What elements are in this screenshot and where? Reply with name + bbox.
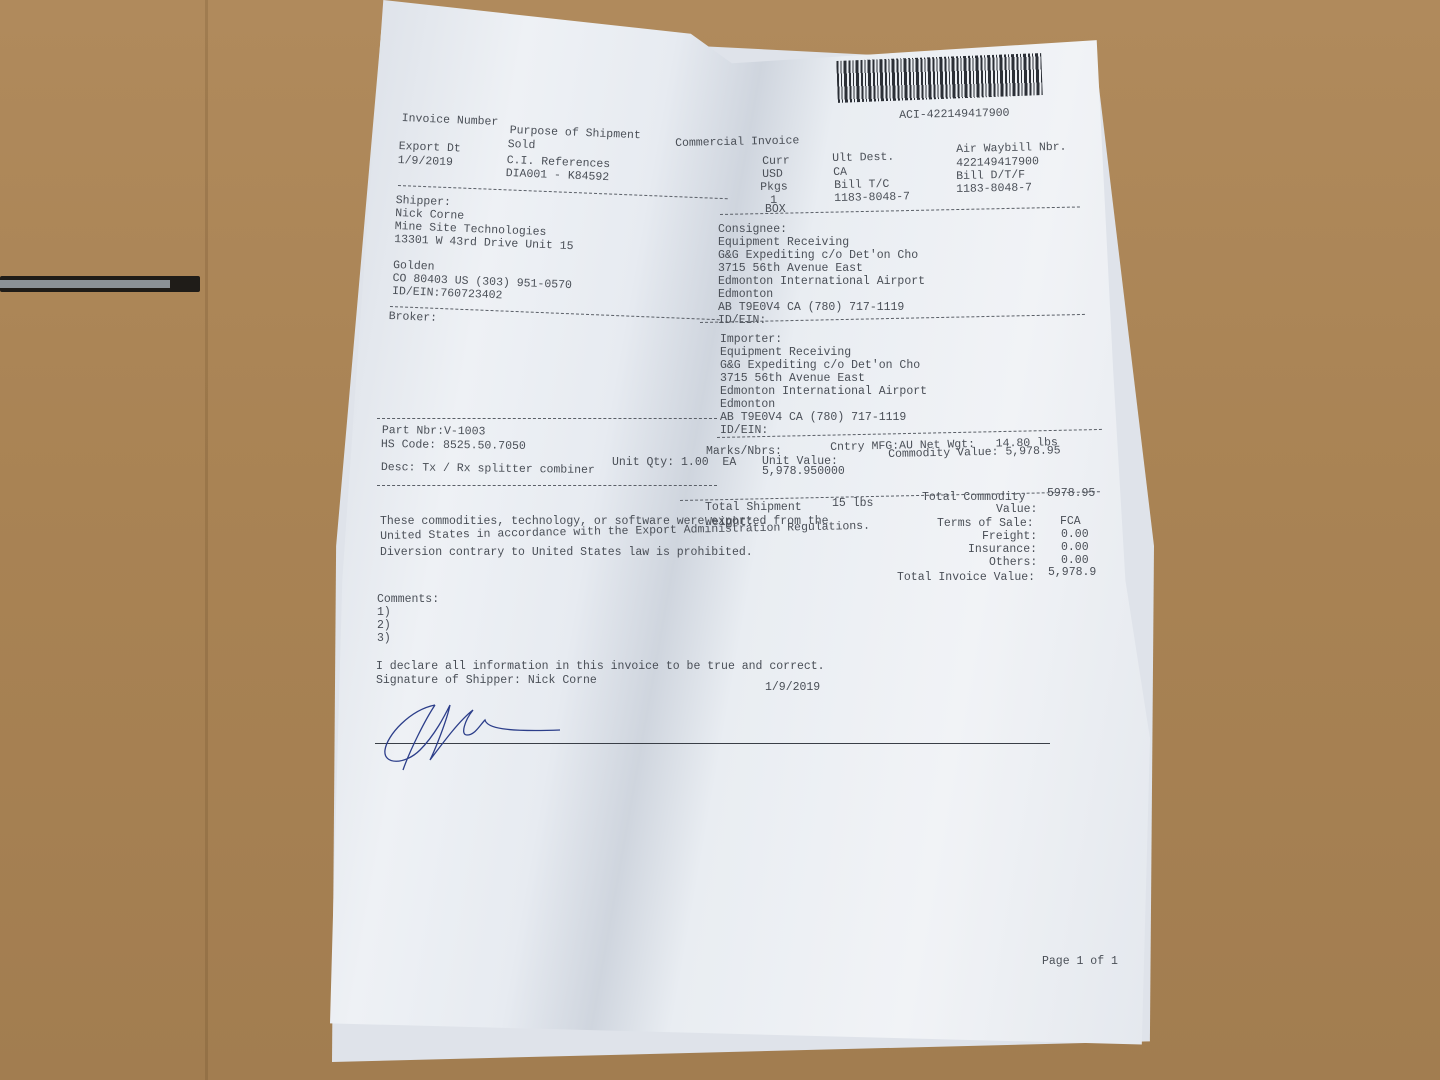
export-statement-line: Diversion contrary to United States law … xyxy=(380,546,753,559)
freight-value: 0.00 xyxy=(1061,528,1089,541)
consignee-line: G&G Expediting c/o Det'on Cho xyxy=(718,249,925,262)
export-dt-value: 1/9/2019 xyxy=(397,154,453,169)
ult-dest-label: Ult Dest. xyxy=(832,151,894,165)
total-shipment-label: Total Shipment xyxy=(705,501,802,514)
divider xyxy=(390,306,720,320)
pkgs-label: Pkgs xyxy=(760,180,788,194)
terms-of-sale-value: FCA xyxy=(1060,515,1081,528)
consignee-line: Edmonton xyxy=(718,288,925,301)
curr-label: Curr xyxy=(762,154,790,168)
curr-value: USD xyxy=(762,168,783,181)
unit-value: 5,978.950000 xyxy=(762,465,845,478)
export-dt-label: Export Dt xyxy=(398,140,461,155)
consignee-line: Edmonton International Airport xyxy=(718,275,925,288)
barcode-id: ACI-422149417900 xyxy=(899,107,1010,122)
comment-item: 3) xyxy=(377,632,391,645)
handwritten-signature xyxy=(375,680,575,780)
invoice-number-label: Invoice Number xyxy=(401,112,498,129)
commercial-invoice: Invoice Number Purpose of Shipment Sold … xyxy=(0,0,1440,1080)
purpose-value: Sold xyxy=(507,138,535,152)
pkgs-unit: BOX xyxy=(765,203,786,216)
divider xyxy=(680,491,1100,501)
document-type-title: Commercial Invoice xyxy=(675,134,799,150)
consignee-line: 3715 56th Avenue East xyxy=(718,262,925,275)
total-commodity-value: 5978.95 xyxy=(1047,487,1095,500)
bill-dtf-value: 1183-8048-7 xyxy=(956,181,1032,196)
shipper-block: Shipper: Nick Corne Mine Site Technologi… xyxy=(392,194,575,305)
consignee-block: Consignee: Equipment Receiving G&G Exped… xyxy=(718,223,925,327)
bill-tc-value: 1183-8048-7 xyxy=(834,190,910,205)
comment-item: 2) xyxy=(377,619,391,632)
description: Desc: Tx / Rx splitter combiner xyxy=(381,461,595,477)
broker-label: Broker: xyxy=(388,310,437,325)
bill-tc-label: Bill T/C xyxy=(834,178,889,192)
importer-line: AB T9E0V4 CA (780) 717-1119 xyxy=(720,411,927,424)
importer-block: Importer: Equipment Receiving G&G Expedi… xyxy=(720,333,927,437)
consignee-line: Equipment Receiving xyxy=(718,236,925,249)
importer-label: Importer: xyxy=(720,333,927,346)
importer-line: G&G Expediting c/o Det'on Cho xyxy=(720,359,927,372)
importer-line: Edmonton xyxy=(720,398,927,411)
consignee-label: Consignee: xyxy=(718,223,925,236)
importer-line: 3715 56th Avenue East xyxy=(720,372,927,385)
air-waybill-label: Air Waybill Nbr. xyxy=(956,141,1067,156)
insurance-label: Insurance: xyxy=(968,543,1037,556)
ult-dest-value: CA xyxy=(833,166,847,179)
insurance-value: 0.00 xyxy=(1061,541,1089,554)
freight-label: Freight: xyxy=(982,530,1037,543)
hs-code: HS Code: 8525.50.7050 xyxy=(381,438,526,453)
importer-line: Edmonton International Airport xyxy=(720,385,927,398)
consignee-line: AB T9E0V4 CA (780) 717-1119 xyxy=(718,301,925,314)
total-shipment-value: 15 lbs xyxy=(832,497,873,510)
total-invoice-value: 5,978.9 xyxy=(1048,566,1096,579)
value-label: Value: xyxy=(996,503,1037,516)
ci-references-value: DIA001 - K84592 xyxy=(505,167,609,184)
terms-of-sale-label: Terms of Sale: xyxy=(937,517,1034,530)
commodity-value: Commodity Value: 5,978.95 xyxy=(888,444,1061,461)
declaration: I declare all information in this invoic… xyxy=(376,660,825,673)
divider xyxy=(377,418,717,419)
page-number: Page 1 of 1 xyxy=(1042,955,1118,968)
importer-line: Equipment Receiving xyxy=(720,346,927,359)
comment-item: 1) xyxy=(377,606,391,619)
divider xyxy=(377,485,717,486)
signature-date: 1/9/2019 xyxy=(765,681,820,694)
others-label: Others: xyxy=(989,556,1037,569)
part-number: Part Nbr:V-1003 xyxy=(382,424,486,438)
comments-label: Comments: xyxy=(377,593,439,606)
air-waybill-value: 422149417900 xyxy=(956,155,1039,170)
total-invoice-label: Total Invoice Value: xyxy=(897,571,1035,584)
